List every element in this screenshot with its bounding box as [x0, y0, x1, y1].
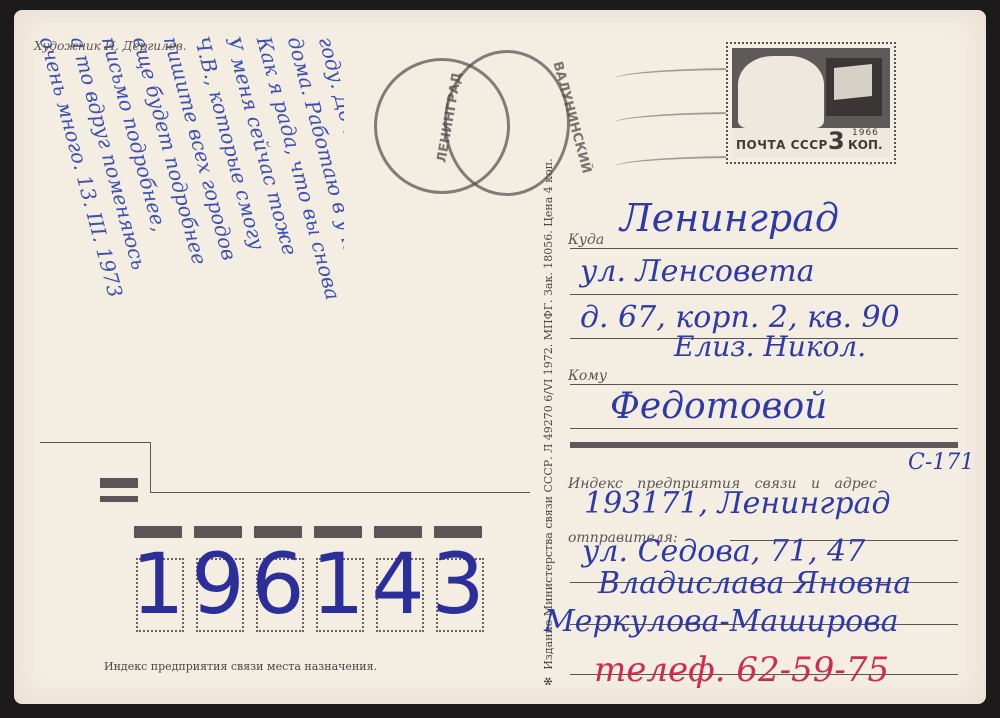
- address-line-1: [570, 248, 958, 249]
- recipient-name-2: Федотовой: [610, 386, 827, 427]
- postcard: Уважаемая Андреевна!Поздравляем с 1973г.…: [14, 10, 986, 704]
- stamp-flag-icon: [826, 58, 882, 116]
- address-line-2: [570, 294, 958, 295]
- sender-street: ул. Седова, 71, 47: [582, 534, 865, 569]
- index-digit: 1: [308, 542, 368, 626]
- artist-credit: Художник И. Дергилев.: [34, 39, 187, 53]
- sender-name: Владислава Яновна: [598, 566, 911, 601]
- stamp-year: 1966: [852, 128, 879, 138]
- index-caption: Индекс предприятия связи места назначени…: [104, 660, 377, 673]
- address-line-5: [570, 428, 958, 429]
- whom-label: Кому: [568, 368, 607, 384]
- sender-city: 193171, Ленинград: [584, 486, 891, 521]
- to-label: Куда: [568, 232, 604, 248]
- recipient-street: ул. Ленсовета: [580, 254, 815, 289]
- address-divider: [570, 442, 958, 448]
- recipient-name-1: Елиз. Никол.: [674, 330, 866, 363]
- stamp-unit: КОП.: [848, 138, 883, 152]
- index-mark-1: [100, 478, 138, 488]
- index-frame-top: [40, 442, 150, 443]
- index-frame-side: [150, 442, 151, 492]
- sender-phone: телеф. 62-59-75: [594, 650, 889, 690]
- index-mark-2: [100, 496, 138, 502]
- index-frame-bottom: [150, 492, 530, 493]
- index-digit: 6: [248, 542, 308, 626]
- index-digit: 4: [368, 542, 428, 626]
- imprint-text: Издание Министерства связи СССР. Л 49270…: [542, 158, 555, 669]
- sender-surname: Меркулова-Маширова: [544, 604, 899, 639]
- stamp-value: 3: [828, 127, 845, 155]
- stamp-country: ПОЧТА СССР: [736, 138, 828, 152]
- index-digit: 9: [188, 542, 248, 626]
- recipient-city: Ленинград: [620, 196, 839, 240]
- imprint-mark: ✻: [542, 677, 555, 686]
- postage-stamp: ПОЧТА СССР 3 КОП. 1966: [726, 42, 896, 164]
- index-digit: 3: [428, 542, 488, 626]
- sender-correction: С-171: [908, 450, 974, 475]
- index-digit: 1: [128, 542, 188, 626]
- address-line-4: [570, 384, 958, 385]
- stamp-portrait-icon: [738, 56, 824, 128]
